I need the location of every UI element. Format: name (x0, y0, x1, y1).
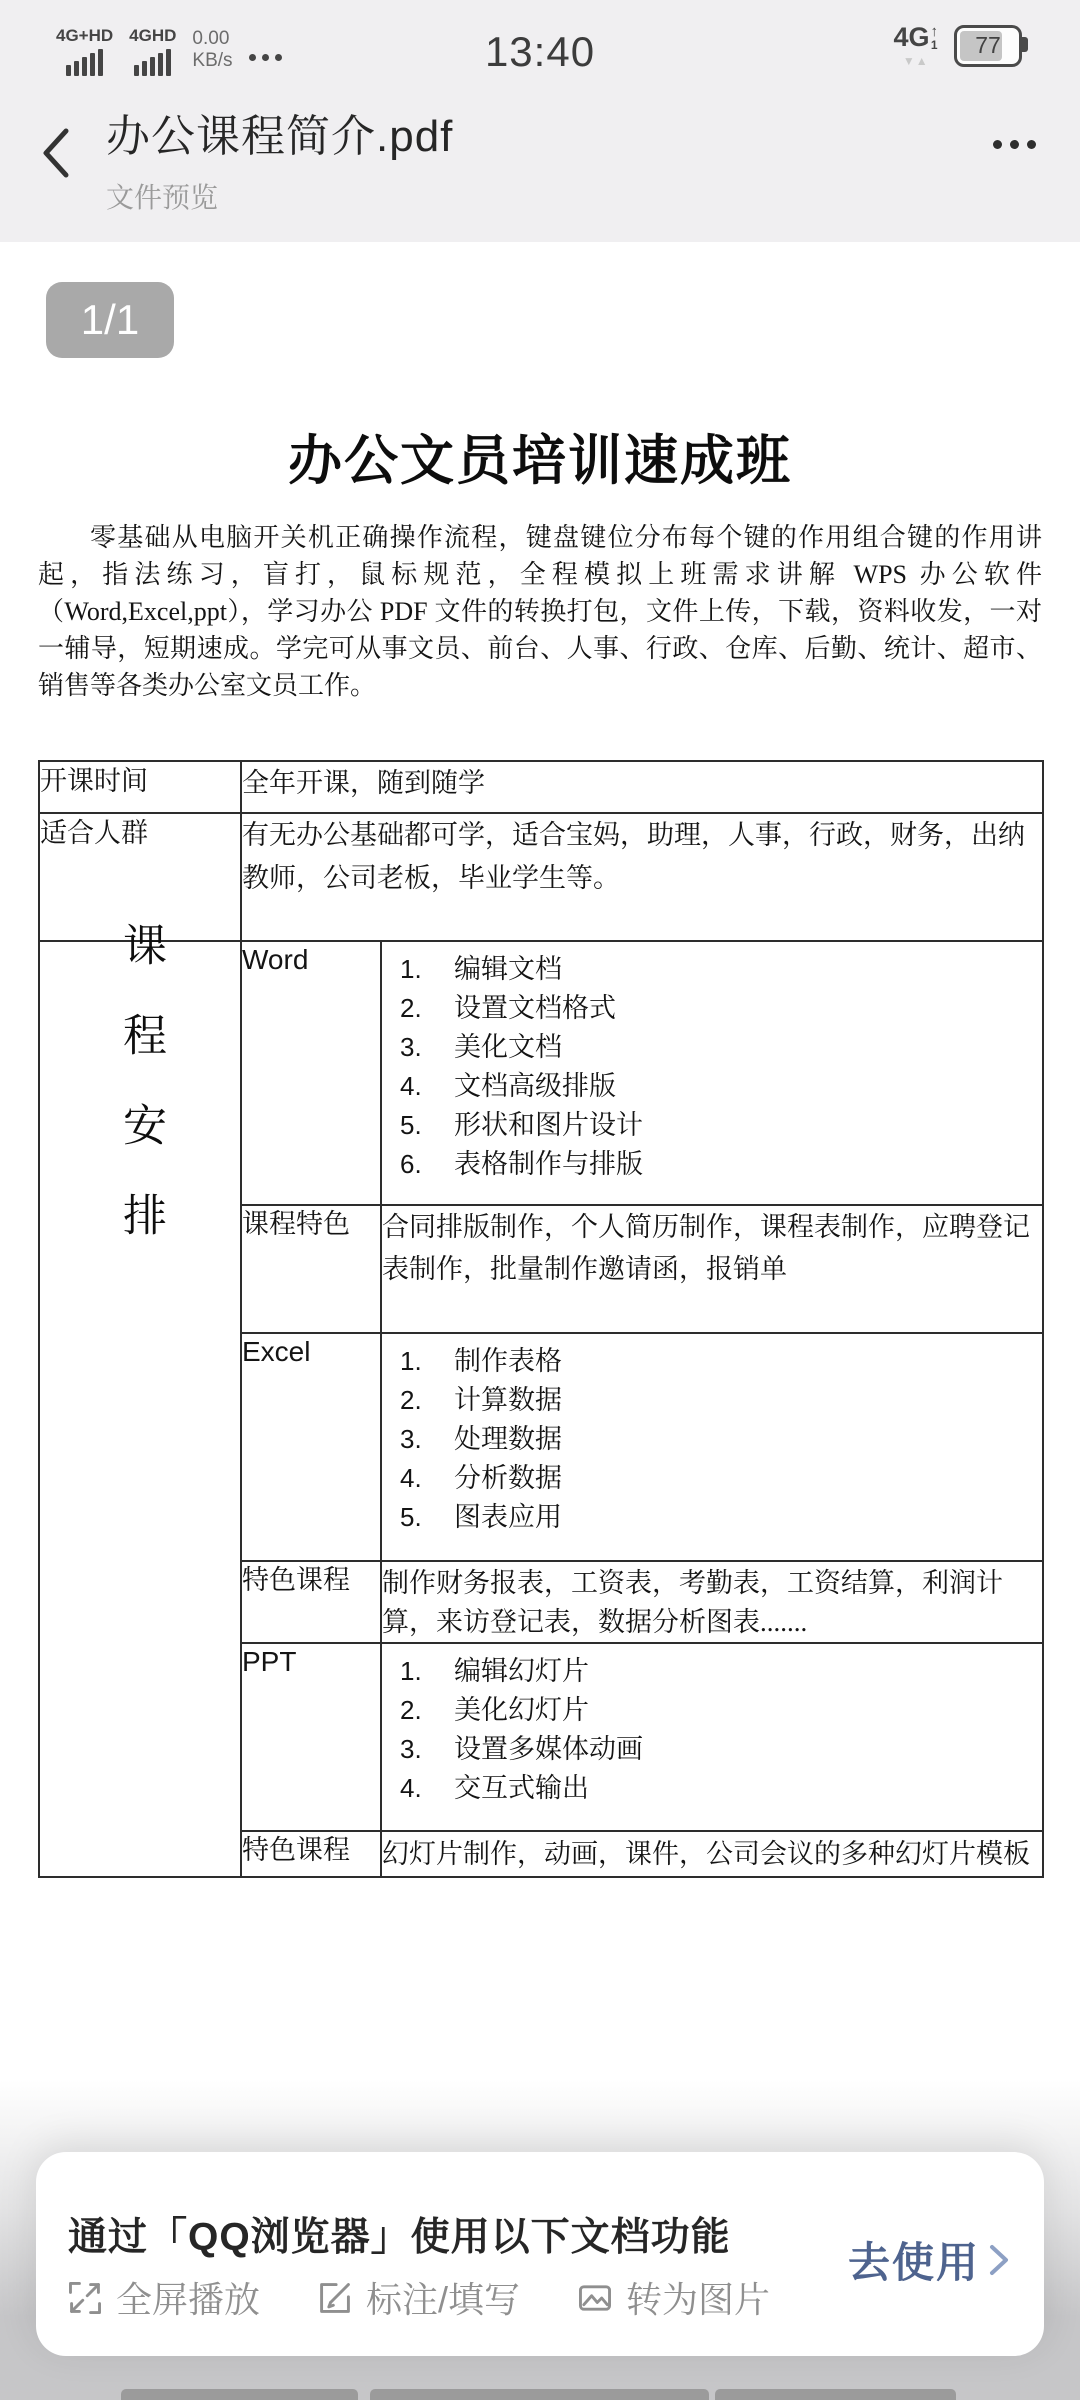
back-chevron-icon (40, 125, 72, 181)
section-label: Word (241, 941, 381, 1205)
section-content: 编辑幻灯片 美化幻灯片 设置多媒体动画 交互式输出 (381, 1643, 1043, 1831)
battery-nub (1022, 37, 1028, 52)
file-preview-header: 办公课程简介.pdf 文件预览 (0, 92, 1080, 242)
network-indicator: 4G ↑ 1 ▼▲ (893, 24, 938, 67)
keyboard-key-edge[interactable] (121, 2389, 358, 2400)
list-item: 设置多媒体动画 (382, 1730, 1042, 1769)
list-item: 编辑幻灯片 (382, 1652, 1042, 1691)
sim2-network-label: 4GHD (129, 26, 176, 46)
sim2-signal: 4GHD (129, 26, 176, 76)
keyboard-key-edge[interactable] (370, 2389, 709, 2400)
data-activity-icon: ▼▲ (903, 55, 929, 67)
table-row: 开课时间 全年开课，随到随学 (39, 761, 1043, 813)
section-content: 幻灯片制作，动画，课件，公司会议的多种幻灯片模板 (381, 1831, 1043, 1877)
list-item: 图表应用 (382, 1498, 1042, 1537)
status-left-cluster: 4G+HD 4GHD 0.00 KB/s (56, 26, 282, 76)
use-now-button[interactable]: 去使用 (848, 2230, 1010, 2290)
signal-bars-icon (134, 49, 171, 76)
clock: 13:40 (485, 28, 595, 76)
battery-percent: 77 (957, 28, 1019, 64)
list-item: 文档高级排版 (382, 1067, 1042, 1106)
network-speed: 0.00 KB/s (192, 28, 232, 72)
top-bar: 4G+HD 4GHD 0.00 KB/s 13:40 4G (0, 0, 1080, 242)
speed-value: 0.00 (192, 28, 232, 50)
row-value: 全年开课，随到随学 (241, 761, 1043, 813)
status-right-cluster: 4G ↑ 1 ▼▲ 77 (893, 24, 1022, 67)
file-title: 办公课程简介.pdf (106, 100, 453, 164)
sim1-signal: 4G+HD (56, 26, 113, 76)
action-label: 标注/填写 (366, 2272, 520, 2323)
promo-title: 通过「QQ浏览器」使用以下文档功能 (68, 2206, 731, 2262)
section-content: 制作表格 计算数据 处理数据 分析数据 图表应用 (381, 1333, 1043, 1561)
table-row: 适合人群 有无办公基础都可学，适合宝妈，助理，人事，行政，财务，出纳教师，公司老… (39, 813, 1043, 941)
sim1-network-label: 4G+HD (56, 26, 113, 46)
annotate-fill-button[interactable]: 标注/填写 (316, 2272, 520, 2323)
list-item: 表格制作与排版 (382, 1145, 1042, 1184)
fullscreen-icon (66, 2279, 104, 2317)
list-item: 交互式输出 (382, 1769, 1042, 1808)
section-content: 编辑文档 设置文档格式 美化文档 文档高级排版 形状和图片设计 表格制作与排版 (381, 941, 1043, 1205)
list-item: 美化幻灯片 (382, 1691, 1042, 1730)
table-row: 课程安排 Word 编辑文档 设置文档格式 美化文档 文档高级排版 形状和图片设… (39, 941, 1043, 1205)
header-subtitle: 文件预览 (106, 176, 453, 216)
action-label: 全屏播放 (116, 2272, 260, 2323)
row-value: 有无办公基础都可学，适合宝妈，助理，人事，行政，财务，出纳教师，公司老板，毕业学… (241, 813, 1043, 941)
numbered-list: 编辑文档 设置文档格式 美化文档 文档高级排版 形状和图片设计 表格制作与排版 (382, 942, 1042, 1184)
list-item: 制作表格 (382, 1342, 1042, 1381)
list-item: 分析数据 (382, 1459, 1042, 1498)
numbered-list: 制作表格 计算数据 处理数据 分析数据 图表应用 (382, 1334, 1042, 1537)
section-content: 制作财务报表，工资表，考勤表，工资结算，利润计算，来访登记表，数据分析图表...… (381, 1561, 1043, 1643)
battery-icon: 77 (954, 25, 1022, 67)
document-intro-paragraph: 零基础从电脑开关机正确操作流程，键盘键位分布每个键的作用组合键的作用讲起，指法练… (38, 519, 1042, 704)
ellipsis-icon (249, 54, 282, 61)
section-content: 合同排版制作，个人简历制作，课程表制作，应聘登记表制作，批量制作邀请函，报销单 (381, 1205, 1043, 1333)
list-item: 形状和图片设计 (382, 1106, 1042, 1145)
vertical-label: 课程安排 (118, 922, 162, 1282)
section-label: 特色课程 (241, 1561, 381, 1643)
course-table: 开课时间 全年开课，随到随学 适合人群 有无办公基础都可学，适合宝妈，助理，人事… (38, 760, 1044, 1878)
list-item: 编辑文档 (382, 950, 1042, 989)
document-actions-row: 全屏播放 标注/填写 (66, 2272, 770, 2323)
phone-screen: 4G+HD 4GHD 0.00 KB/s 13:40 4G (0, 0, 1080, 2400)
qq-browser-promo-card: 通过「QQ浏览器」使用以下文档功能 去使用 全屏播放 (36, 2152, 1044, 2356)
numbered-list: 编辑幻灯片 美化幻灯片 设置多媒体动画 交互式输出 (382, 1644, 1042, 1808)
image-icon (576, 2279, 614, 2317)
annotate-icon (316, 2279, 354, 2317)
section-label: PPT (241, 1643, 381, 1831)
sim-index: 1 (931, 39, 938, 51)
speed-unit: KB/s (192, 50, 232, 72)
section-label: 课程特色 (241, 1205, 381, 1333)
use-now-label: 去使用 (848, 2230, 980, 2290)
list-item: 设置文档格式 (382, 989, 1042, 1028)
upload-arrow-icon: ↑ (931, 24, 939, 39)
back-button[interactable] (40, 118, 76, 188)
merged-row-label: 课程安排 (39, 941, 241, 1877)
keyboard-key-edge[interactable] (715, 2389, 956, 2400)
action-label: 转为图片 (626, 2272, 770, 2323)
list-item: 计算数据 (382, 1381, 1042, 1420)
more-menu-button[interactable] (993, 134, 1036, 154)
row-label: 开课时间 (39, 761, 241, 813)
list-item: 美化文档 (382, 1028, 1042, 1067)
fullscreen-play-button[interactable]: 全屏播放 (66, 2272, 260, 2323)
network-type: 4G (893, 24, 929, 51)
chevron-right-icon (988, 2243, 1010, 2277)
section-label: Excel (241, 1333, 381, 1561)
document-title: 办公文员培训速成班 (38, 418, 1042, 495)
signal-bars-icon (66, 49, 103, 76)
status-bar: 4G+HD 4GHD 0.00 KB/s 13:40 4G (0, 0, 1080, 92)
list-item: 处理数据 (382, 1420, 1042, 1459)
convert-to-image-button[interactable]: 转为图片 (576, 2272, 770, 2323)
section-label: 特色课程 (241, 1831, 381, 1877)
pdf-page: 办公文员培训速成班 零基础从电脑开关机正确操作流程，键盘键位分布每个键的作用组合… (38, 242, 1042, 1878)
header-text: 办公课程简介.pdf 文件预览 (106, 98, 453, 242)
